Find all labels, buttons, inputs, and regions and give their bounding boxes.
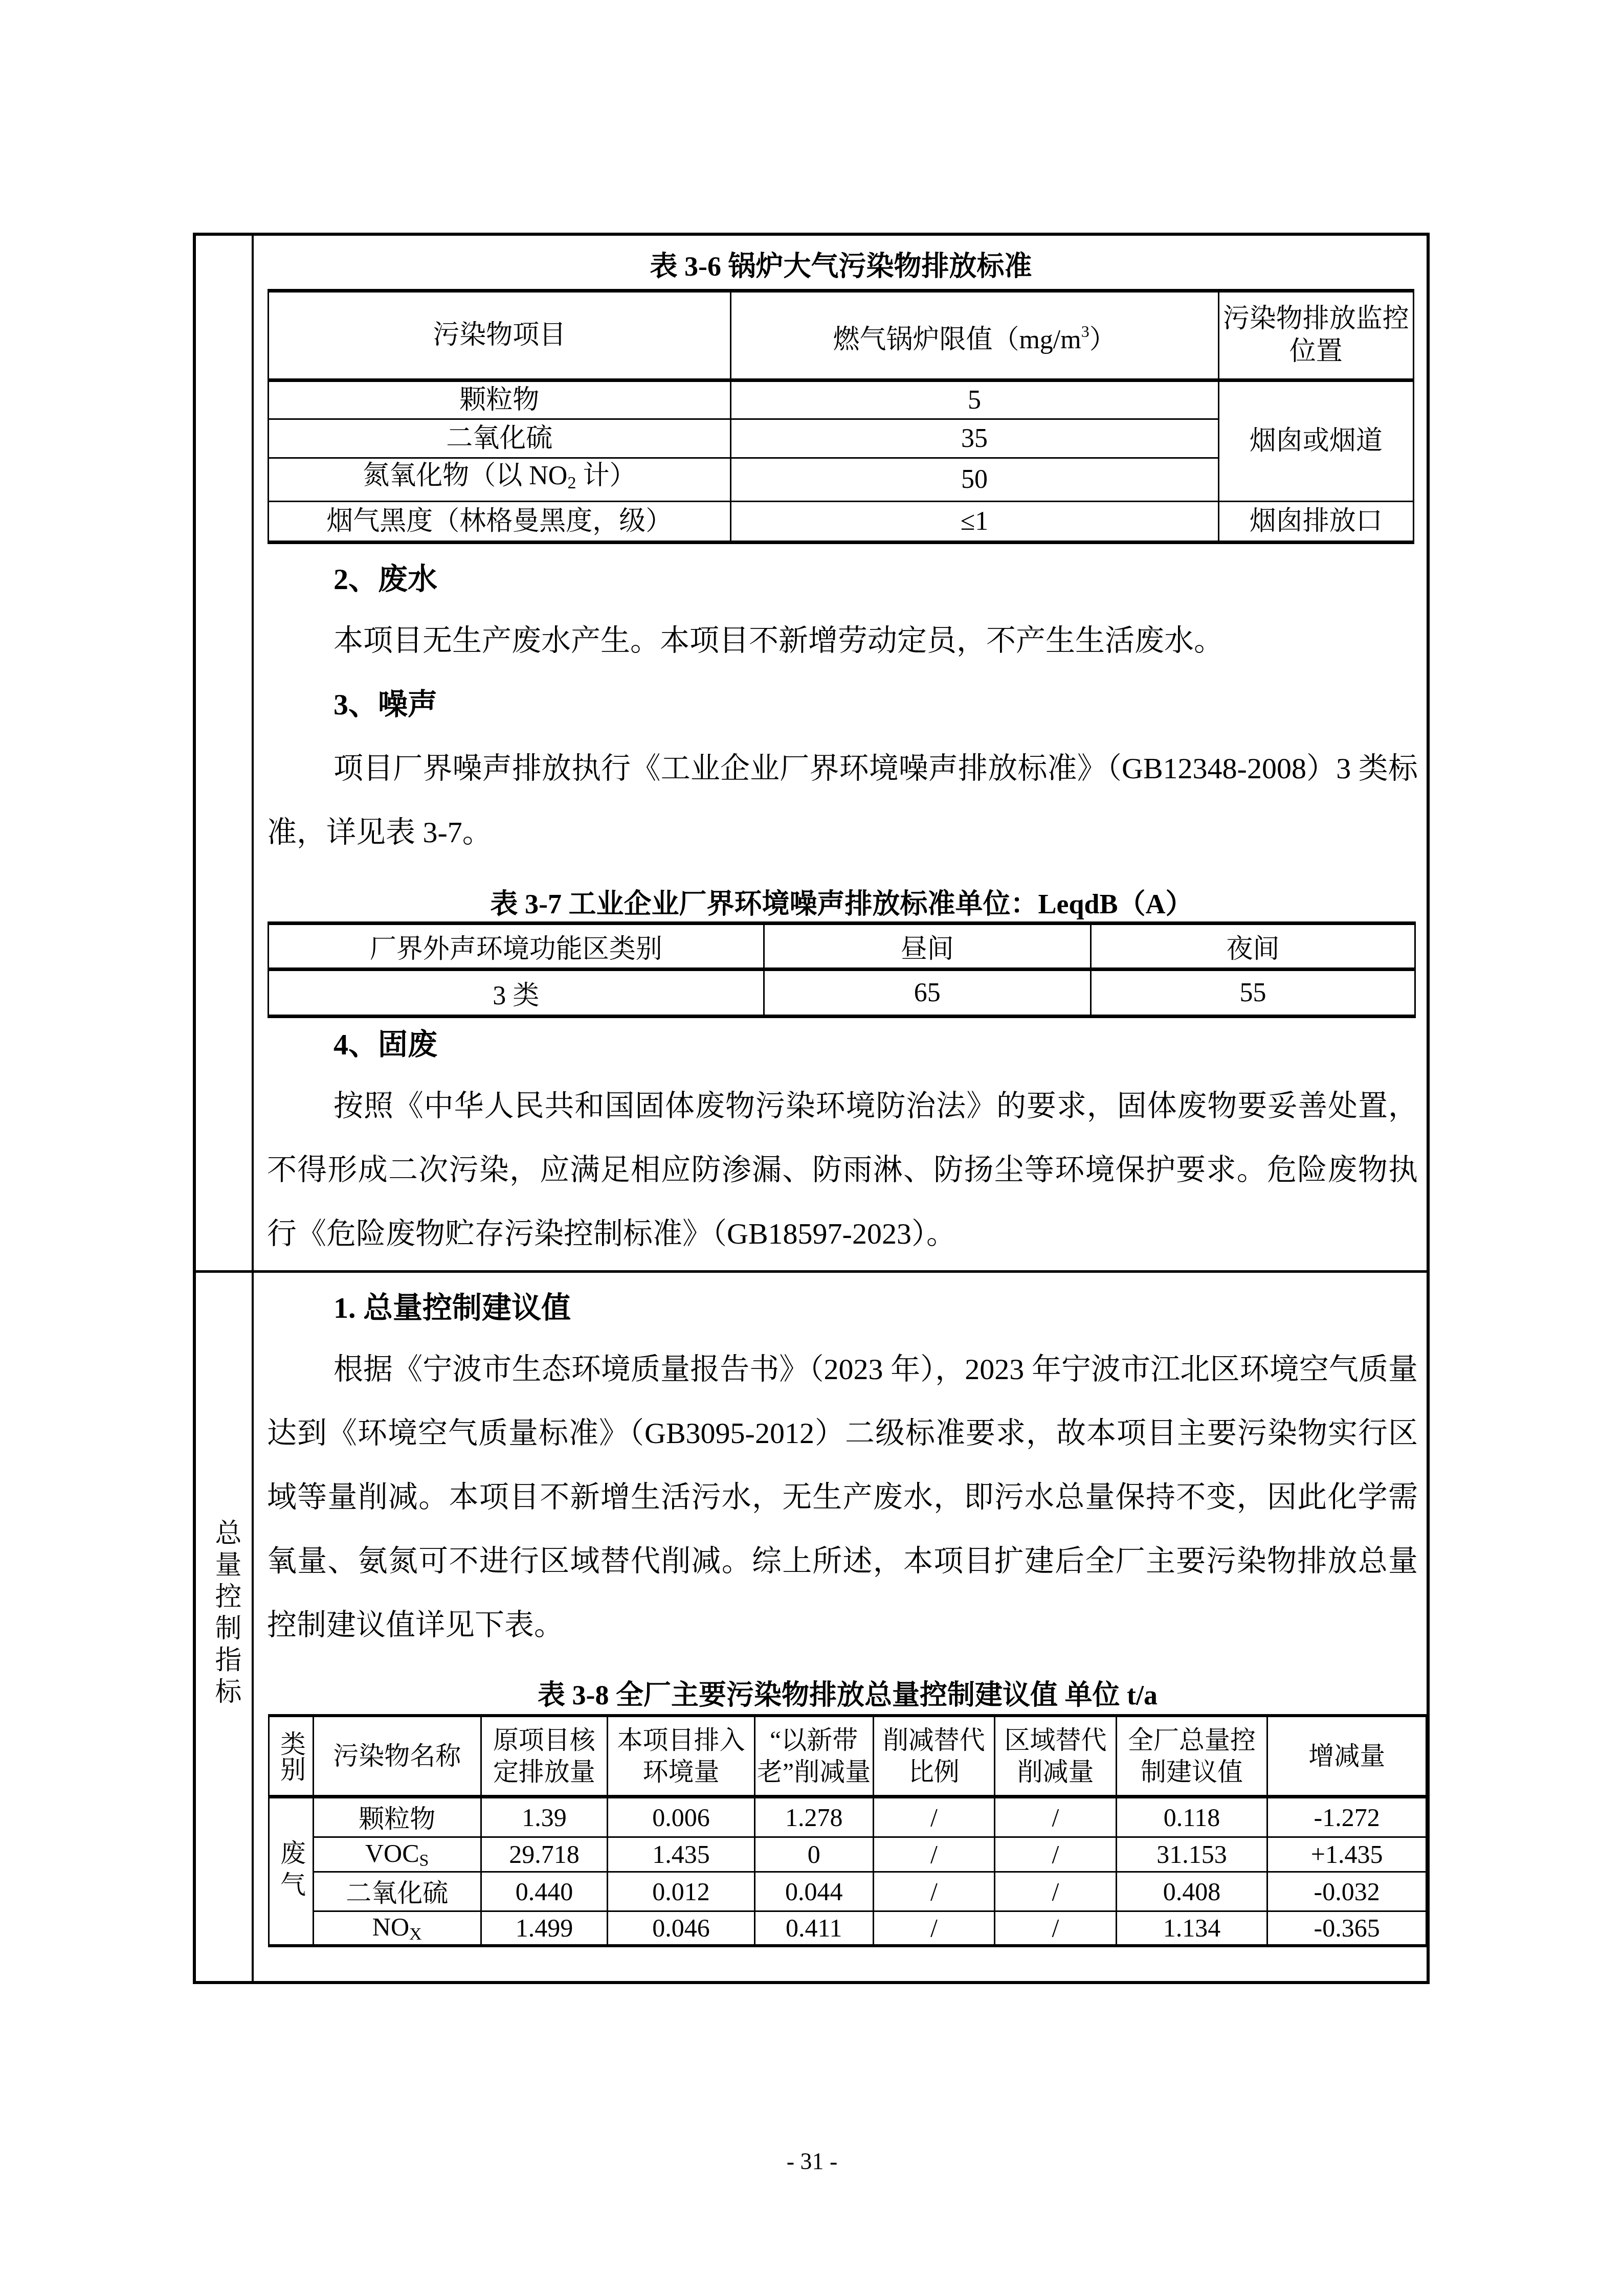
cell: / [873,1837,995,1872]
table-row: NOX 1.499 0.046 0.411 / / 1.134 -0.365 [269,1911,1427,1946]
cell: 1.278 [754,1796,873,1837]
table-3-7-caption: 表 3-7 工业企业厂界环境噪声排放标准单位：LeqdB（A） [268,882,1416,921]
row-value: 5 [730,380,1218,419]
cell: / [995,1796,1117,1837]
row-item: 二氧化硫 [269,419,731,458]
section-4-heading: 4、固废 [333,1020,437,1063]
table-3-8-caption: 表 3-8 全厂主要污染物排放总量控制建议值 单位 t/a [268,1673,1427,1713]
section-3-paragraph: 项目厂界噪声排放执行《工业企业厂界环境噪声排放标准》（GB12348-2008）… [267,736,1418,864]
header-day: 昼间 [764,924,1091,970]
section-2-heading: 2、废水 [333,555,437,598]
side-label-total-control: 总量控制指标 [205,1519,246,1709]
cell: / [873,1872,995,1911]
day-value: 65 [764,970,1091,1017]
cell: / [873,1796,995,1837]
row-item: 颗粒物 [269,380,731,419]
total-control-paragraph: 根据《宁波市生态环境质量报告书》（2023 年），2023 年宁波市江北区环境空… [267,1337,1418,1657]
cell: 31.153 [1116,1837,1267,1872]
cell: / [995,1837,1117,1872]
table-3-8: 类别 污染物名称 原项目核定排放量 本项目排入环境量 “以新带老”削减量 削减替… [268,1714,1427,1947]
row-item: 烟气黑度（林格曼黑度，级） [269,502,731,543]
row-value: 50 [730,458,1218,502]
section-2-paragraph: 本项目无生产废水产生。本项目不新增劳动定员，不产生生活废水。 [267,609,1418,672]
cell: / [995,1911,1117,1946]
cell: 1.134 [1116,1911,1267,1946]
header-original-approved: 原项目核定排放量 [481,1716,608,1796]
cell: -0.032 [1267,1872,1427,1911]
row-location: 烟囱排放口 [1218,502,1413,543]
night-value: 55 [1091,970,1415,1017]
pollutant-name: 颗粒物 [313,1796,481,1837]
table-row: 二氧化硫 0.440 0.012 0.044 / / 0.408 -0.032 [269,1872,1427,1911]
header-regional-reduction: 区域替代削减量 [995,1716,1117,1796]
cell: 0.118 [1116,1796,1267,1837]
header-this-project: 本项目排入环境量 [608,1716,755,1796]
table-3-6: 污染物项目 燃气锅炉限值（mg/m3） 污染物排放监控位置 颗粒物 5 烟囱或烟… [268,289,1414,544]
header-ratio: 削减替代比例 [873,1716,995,1796]
header-new-for-old: “以新带老”削减量 [754,1716,873,1796]
section-divider [193,1270,1430,1273]
header-zone-class: 厂界外声环境功能区类别 [269,924,764,970]
header-location: 污染物排放监控位置 [1218,291,1413,380]
cell: 1.435 [608,1837,755,1872]
section-3-heading: 3、噪声 [333,680,437,723]
header-pollutant: 污染物项目 [269,291,731,380]
table-row: 废气 颗粒物 1.39 0.006 1.278 / / 0.118 -1.272 [269,1796,1427,1837]
cell: / [873,1911,995,1946]
total-control-heading: 1. 总量控制建议值 [333,1284,571,1326]
cell: 0.440 [481,1872,608,1911]
row-value: 35 [730,419,1218,458]
table-3-6-caption: 表 3-6 锅炉大气污染物排放标准 [268,244,1414,284]
section-4-paragraph: 按照《中华人民共和国固体废物污染环境防治法》的要求，固体废物要妥善处置，不得形成… [267,1074,1418,1266]
cell: 1.499 [481,1911,608,1946]
cell: 0.411 [754,1911,873,1946]
table-3-7: 厂界外声环境功能区类别 昼间 夜间 3 类 65 55 [268,921,1416,1018]
cell: +1.435 [1267,1837,1427,1872]
cell: / [995,1872,1117,1911]
page-number: - 31 - [0,2148,1624,2175]
zone-class-value: 3 类 [269,970,764,1017]
pollutant-name: NOX [313,1911,481,1946]
table-row: VOCS 29.718 1.435 0 / / 31.153 +1.435 [269,1837,1427,1872]
header-limit: 燃气锅炉限值（mg/m3） [730,291,1218,380]
cell: -0.365 [1267,1911,1427,1946]
row-value: ≤1 [730,502,1218,543]
header-change: 增减量 [1267,1716,1427,1796]
header-pollutant-name: 污染物名称 [313,1716,481,1796]
cell: 0.012 [608,1872,755,1911]
cell: -1.272 [1267,1796,1427,1837]
category-cell: 废气 [269,1796,314,1946]
header-night: 夜间 [1091,924,1415,970]
cell: 1.39 [481,1796,608,1837]
cell: 29.718 [481,1837,608,1872]
cell: 0.006 [608,1796,755,1837]
pollutant-name: VOCS [313,1837,481,1872]
cell: 0.044 [754,1872,873,1911]
pollutant-name: 二氧化硫 [313,1872,481,1911]
column-divider [252,233,254,1984]
merged-location: 烟囱或烟道 [1218,380,1413,502]
cell: 0 [754,1837,873,1872]
row-item: 氮氧化物（以 NO2 计） [269,458,731,502]
header-plant-total: 全厂总量控制建议值 [1116,1716,1267,1796]
cell: 0.408 [1116,1872,1267,1911]
cell: 0.046 [608,1911,755,1946]
header-category: 类别 [269,1716,314,1796]
